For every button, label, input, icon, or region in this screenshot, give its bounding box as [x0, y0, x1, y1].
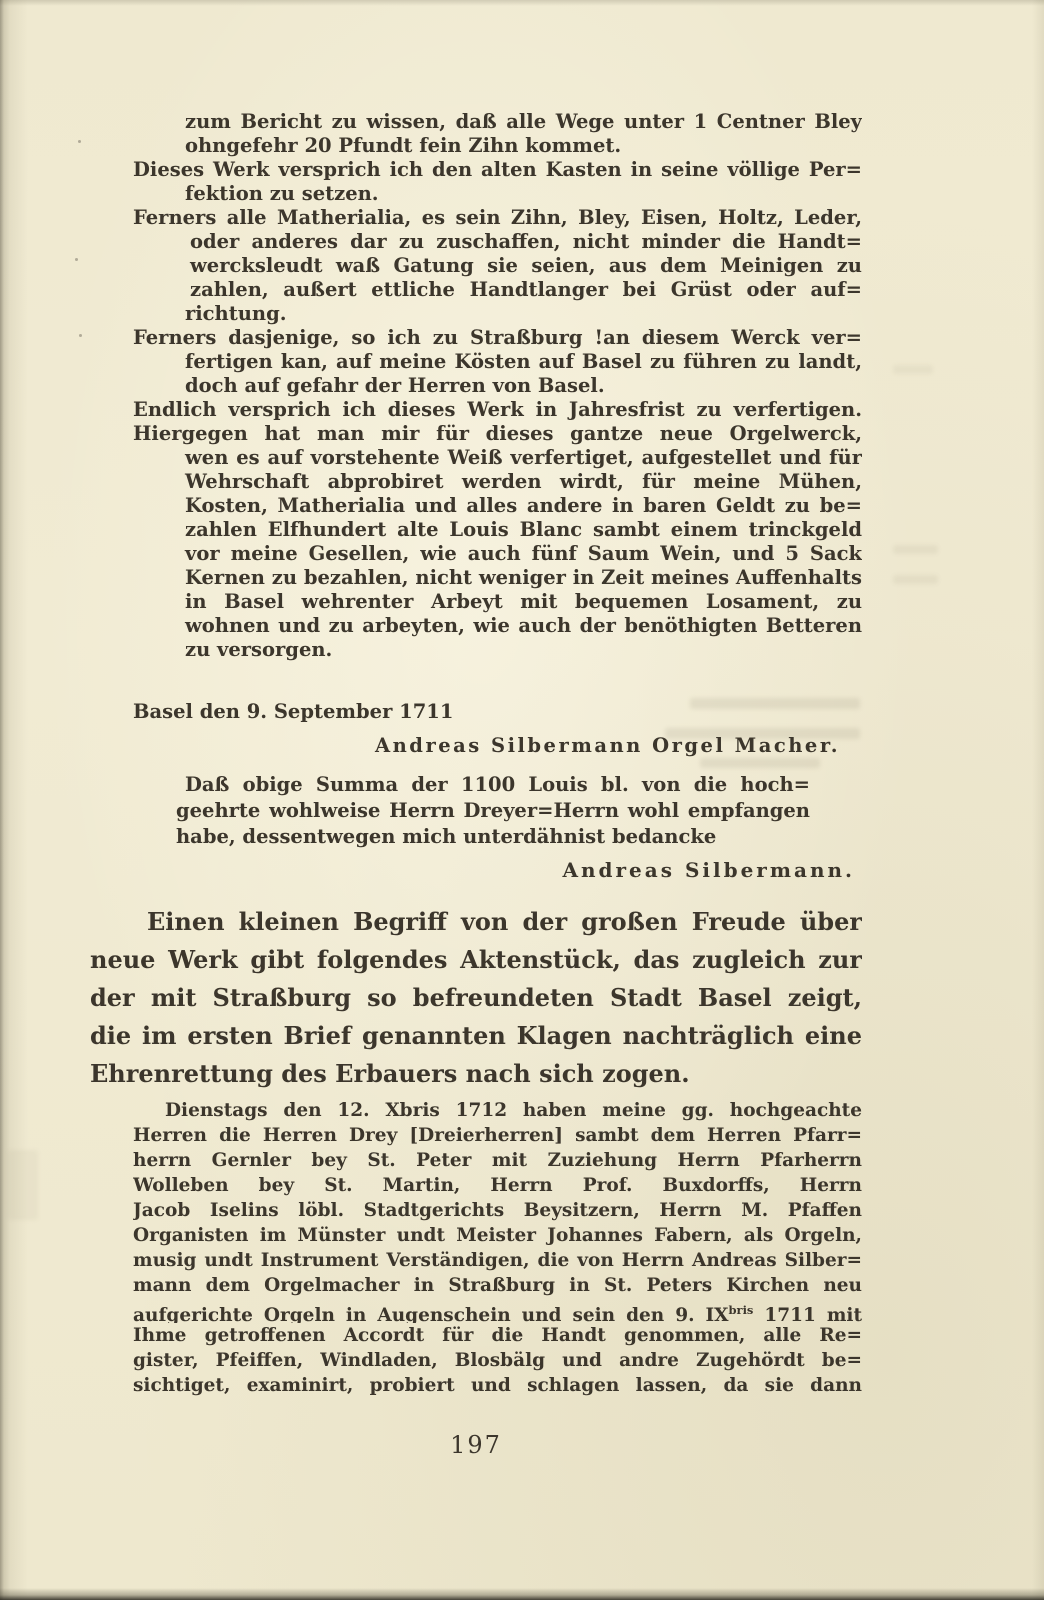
payment-receipt-paragraph: Daß obige Summa der 1100 Louis bl. von d… — [176, 772, 810, 850]
show-through-mark — [690, 698, 860, 709]
show-through-mark — [8, 1150, 38, 1220]
text-line: Ferners dasjenige, so ich zu Straßburg !… — [133, 326, 862, 350]
text-line: der mit Straßburg so befreundeten Stadt … — [90, 979, 862, 1017]
text-line: Dienstags den 12. Xbris 1712 haben meine… — [133, 1098, 862, 1123]
show-through-mark — [893, 365, 933, 374]
text-line: Endlich versprich ich dieses Werk in Jah… — [133, 398, 862, 422]
ink-speck — [75, 258, 78, 261]
book-page: zum Bericht zu wissen, daß alle Wege unt… — [0, 0, 1044, 1600]
text-line: Herren die Herren Drey [Dreierherren] sa… — [133, 1123, 862, 1148]
show-through-mark — [893, 545, 938, 554]
scan-edge-top — [0, 0, 1044, 6]
signature-silbermann: Andreas Silbermann. — [176, 858, 855, 883]
text-line: Ihme getroffenen Accordt für die Handt g… — [133, 1323, 862, 1348]
text-line: Einen kleinen Begriff von der großen Fre… — [90, 903, 862, 941]
text-line: habe, dessentwegen mich unterdähnist bed… — [176, 824, 810, 850]
text-line: fertigen kan, auf meine Kösten auf Basel… — [133, 350, 862, 374]
text-line: Ferners alle Matherialia, es sein Zihn, … — [133, 206, 862, 230]
silbermann-contract-letter-body: zum Bericht zu wissen, daß alle Wege unt… — [133, 110, 862, 662]
text-line: Dieses Werk versprich ich den alten Kast… — [133, 158, 862, 182]
text-line: zum Bericht zu wissen, daß alle Wege unt… — [133, 110, 862, 134]
text-line: gister, Pfeiffen, Windladen, Blosbälg un… — [133, 1348, 862, 1373]
text-line: Jacob Iselins löbl. Stadtgerichts Beysit… — [133, 1198, 862, 1223]
text-line: wen es auf vorstehente Weiß verfertiget,… — [133, 446, 862, 470]
text-line: die im ersten Brief genannten Klagen nac… — [90, 1017, 862, 1055]
signature-orgel-macher: Andreas Silbermann Orgel Macher. — [375, 734, 840, 758]
text-line: Wehrschaft abprobiret werden wirdt, für … — [133, 470, 862, 494]
letter-date-line: Basel den 9. September 1711 — [133, 700, 453, 724]
show-through-mark — [893, 575, 938, 584]
editorial-commentary-paragraph: Einen kleinen Begriff von der großen Fre… — [90, 903, 862, 1093]
text-line: ohngefehr 20 Pfundt fein Zihn kommet. — [133, 134, 862, 158]
text-line: mann dem Orgelmacher in Straßburg in St.… — [133, 1273, 862, 1298]
ink-speck — [79, 334, 82, 337]
text-line: zahlen, außert ettliche Handtlanger bei … — [133, 278, 862, 302]
text-line: in Basel wehrenter Arbeyt mit bequemen L… — [133, 590, 862, 614]
text-line: zahlen Elfhundert alte Louis Blanc sambt… — [133, 518, 862, 542]
text-line: sichtiget, examinirt, probiert und schla… — [133, 1373, 862, 1398]
page-number: 197 — [90, 1430, 862, 1460]
text-line: Organisten im Münster undt Meister Johan… — [133, 1223, 862, 1248]
text-line: Kosten, Matherialia und alles andere in … — [133, 494, 862, 518]
scan-edge-right — [1032, 0, 1044, 1600]
text-line: doch auf gefahr der Herren von Basel. — [133, 374, 862, 398]
text-line: zu versorgen. — [133, 638, 862, 662]
text-line: richtung. — [133, 302, 862, 326]
text-line: neue Werk gibt folgendes Aktenstück, das… — [90, 941, 862, 979]
text-line: Ehrenrettung des Erbauers nach sich zoge… — [90, 1055, 862, 1093]
text-line: Kernen zu bezahlen, nicht weniger in Zei… — [133, 566, 862, 590]
ink-speck — [78, 140, 81, 143]
text-line: fektion zu setzen. — [133, 182, 862, 206]
text-line: Wolleben bey St. Martin, Herrn Prof. Bux… — [133, 1173, 862, 1198]
scan-edge-left — [0, 0, 28, 1600]
text-line: Daß obige Summa der 1100 Louis bl. von d… — [176, 772, 810, 798]
text-line: musig undt Instrument Verständigen, die … — [133, 1248, 862, 1273]
text-line: wercksleudt waß Gatung sie seien, aus de… — [133, 254, 862, 278]
text-line: herrn Gernler bey St. Peter mit Zuziehun… — [133, 1148, 862, 1173]
text-line: oder anderes dar zu zuschaffen, nicht mi… — [133, 230, 862, 254]
text-line: Hiergegen hat man mir für dieses gantze … — [133, 422, 862, 446]
text-line: vor meine Gesellen, wie auch fünf Saum W… — [133, 542, 862, 566]
archival-record-paragraph: Dienstags den 12. Xbris 1712 haben meine… — [133, 1098, 862, 1398]
text-line: aufgerichte Orgeln in Augenschein und se… — [133, 1298, 862, 1323]
show-through-mark — [700, 758, 820, 768]
scan-edge-bottom — [0, 1588, 1044, 1600]
text-line: wohnen und zu arbeyten, wie auch der ben… — [133, 614, 862, 638]
text-line: geehrte wohlweise Herrn Dreyer=Herrn woh… — [176, 798, 810, 824]
